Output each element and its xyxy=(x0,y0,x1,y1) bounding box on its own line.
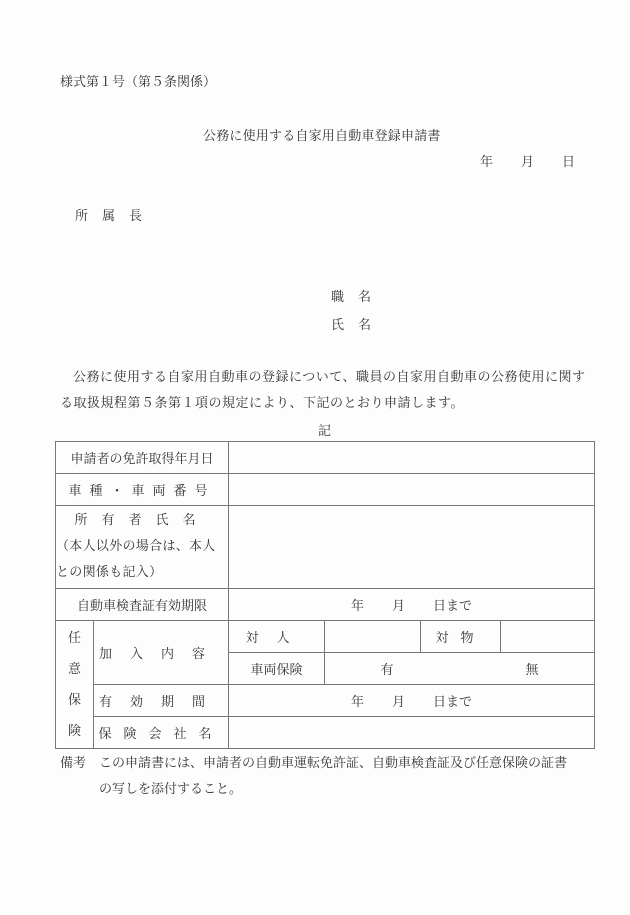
inspection-expiry-field[interactable]: 年月日まで xyxy=(229,589,595,621)
application-body-text: 公務に使用する自家用自動車の登録について、職員の自家用自動車の公務使用に関する取… xyxy=(60,365,596,417)
document-title: 公務に使用する自家用自動車登録申請書 xyxy=(203,125,441,144)
inspection-expiry-label: 自動車検査証有効期限 xyxy=(56,589,229,621)
ki-heading: 記 xyxy=(318,420,331,439)
validity-period-label: 有効期間 xyxy=(94,685,229,717)
date-day[interactable]: 日 xyxy=(562,151,575,170)
property-damage-field[interactable] xyxy=(501,621,595,653)
voluntary-insurance-group-label: 任 意 保 険 xyxy=(56,621,94,749)
property-damage-label: 対物 xyxy=(421,621,501,653)
vehicle-type-number-field[interactable] xyxy=(229,474,595,506)
form-number: 様式第１号（第５条関係） xyxy=(60,71,216,90)
inspection-month: 月 xyxy=(392,599,405,614)
insurance-company-label: 保険会社名 xyxy=(94,717,229,749)
owner-label-line3: との関係も記入） xyxy=(56,560,228,586)
table-row-license-date: 申請者の免許取得年月日 xyxy=(56,442,595,474)
application-form-table: 申請者の免許取得年月日 車種・車両番号 所有者氏名 （本人以外の場合は、本人 と… xyxy=(55,441,595,749)
vehicle-type-number-label: 車種・車両番号 xyxy=(56,474,229,506)
owner-label-line1: 所有者氏名 xyxy=(56,508,228,534)
addressee: 所属長 xyxy=(75,205,156,224)
remarks-heading: 備考 xyxy=(60,756,86,771)
validity-day-until: 日まで xyxy=(433,695,472,710)
table-row-validity: 有効期間 年月日まで xyxy=(56,685,595,717)
owner-label-line2: （本人以外の場合は、本人 xyxy=(56,534,228,560)
bodily-injury-label: 対人 xyxy=(229,621,325,653)
owner-name-label: 所有者氏名 （本人以外の場合は、本人 との関係も記入） xyxy=(56,506,229,589)
remarks-line2: の写しを添付すること。 xyxy=(60,777,600,803)
application-date: 年月日 xyxy=(480,151,575,170)
vehicle-insurance-label: 車両保険 xyxy=(229,653,325,685)
table-row-company: 保険会社名 xyxy=(56,717,595,749)
license-date-label: 申請者の免許取得年月日 xyxy=(56,442,229,474)
validity-year: 年 xyxy=(351,695,364,710)
license-date-field[interactable] xyxy=(229,442,595,474)
vehicle-insurance-yes[interactable]: 有 xyxy=(381,663,394,678)
table-row-vehicle: 車種・車両番号 xyxy=(56,474,595,506)
owner-name-field[interactable] xyxy=(229,506,595,589)
vehicle-insurance-no[interactable]: 無 xyxy=(526,663,539,678)
remarks-line1: この申請書には、申請者の自動車運転免許証、自動車検査証及び任意保険の証書 xyxy=(99,756,567,771)
insurance-company-field[interactable] xyxy=(229,717,595,749)
applicant-job-title-label: 職名 xyxy=(331,286,385,305)
validity-period-field[interactable]: 年月日まで xyxy=(229,685,595,717)
date-month[interactable]: 月 xyxy=(521,151,534,170)
applicant-name-label: 氏名 xyxy=(331,314,385,333)
validity-month: 月 xyxy=(392,695,405,710)
date-year[interactable]: 年 xyxy=(480,151,493,170)
coverage-label: 加入内容 xyxy=(94,621,229,685)
vehicle-insurance-choice[interactable]: 有無 xyxy=(325,653,595,685)
inspection-day-until: 日まで xyxy=(433,599,472,614)
bodily-injury-field[interactable] xyxy=(325,621,421,653)
table-row-coverage-1: 任 意 保 険 加入内容 対人 対物 xyxy=(56,621,595,653)
table-row-owner: 所有者氏名 （本人以外の場合は、本人 との関係も記入） xyxy=(56,506,595,589)
inspection-year: 年 xyxy=(351,599,364,614)
remarks: 備考この申請書には、申請者の自動車運転免許証、自動車検査証及び任意保険の証書 の… xyxy=(60,751,600,803)
table-row-inspection: 自動車検査証有効期限 年月日まで xyxy=(56,589,595,621)
